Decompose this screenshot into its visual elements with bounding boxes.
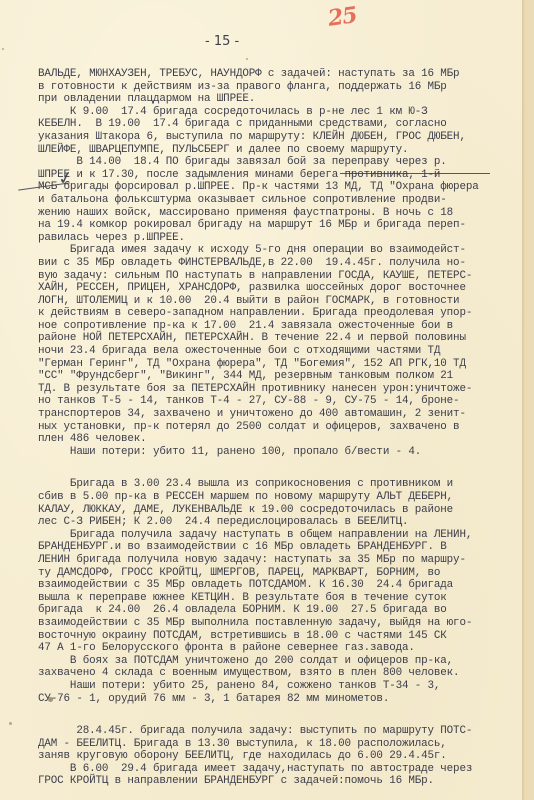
paragraph: Бригада имея задачу к исходу 5-го дня оп… [38, 244, 516, 446]
text-line: вии с 35 МБр овладеть ФИНСТЕРВАЛЬДЕ,в 22… [38, 257, 516, 270]
text-line: "Герман Геринг", ТД "Охрана фюрера", ТД … [38, 358, 516, 371]
text-line: ШЛЕЙФЕ, ШВАРЦЕПУМПЕ, ПУЛЬСБЕРГ и далее п… [38, 144, 516, 157]
paragraph: В 6.00 29.4 бригада имеет задачу,наступа… [38, 763, 516, 788]
text-line: в готовности к действиям из-за правого ф… [38, 81, 516, 94]
text-line: ТД. В результате боя за ПЕТЕРСХАЙН проти… [38, 383, 516, 396]
text-line: Бригада получила задачу наступать в обще… [38, 529, 516, 542]
text-line: ночи 23.4 бригада вела ожесточенные бои … [38, 345, 516, 358]
text-line: восточную окраину ПОТСДАМ, встретившись … [38, 630, 516, 643]
text-line: районе НОЙ ПЕТЕРСХАЙН, ПЕТЕРСХАЙН. В теч… [38, 332, 516, 345]
text-line: В 14.00 18.4 ПО бригады завязал бой за п… [38, 156, 516, 169]
text-line: 28.4.45г. бригада получила задачу: высту… [38, 725, 516, 738]
text-line: ГРОС КРОЙТЦ в направлении БРАНДЕНБУРГ с … [38, 775, 516, 788]
text-line: взаимодействии с 35 МБр выполнила постав… [38, 617, 516, 630]
paragraph-gap [38, 458, 516, 478]
text-line: Наши потери: убито 11, ранено 100, пропа… [38, 446, 516, 459]
text-line: равилась через р.ШПРЕЕ. [38, 232, 516, 245]
text-line: ЛОГН, ШТОЛЕМИЦ и к 10.00 20.4 выйти в ра… [38, 295, 516, 308]
text-line: ное сопротивление пр-ка к 17.00 21.4 зав… [38, 320, 516, 333]
text-line: ЛЕНИН бригада получила новую задачу: нас… [38, 554, 516, 567]
text-line: МСБ бригады форсировал р.ШПРЕЕ. Пр-к час… [38, 181, 516, 194]
text-line: к действиям в северо-западном направлени… [38, 307, 516, 320]
page-number: - 15 - [205, 34, 239, 49]
text-line: ДАМ - БЕЕЛИТЦ. Бригада в 13.30 выступила… [38, 738, 516, 751]
text-line: жению наших войск, массировано применяя … [38, 207, 516, 220]
text-line: взаимодействии с 35 МБр овладеть ПОТСДАМ… [38, 579, 516, 592]
text-line: ных установки, пр-к потерял до 2500 солд… [38, 421, 516, 434]
page-edge [522, 0, 534, 800]
text-line: при овладении плацдармом на ШПРЕЕ. [38, 93, 516, 106]
text-line: вую задачу: сильным ПО наступать в напра… [38, 270, 516, 283]
text-line: "СС" "Фрундсберг", "Викинг", 344 МД, рез… [38, 370, 516, 383]
text-line: транспортеров 34, захвачено и уничтожено… [38, 408, 516, 421]
paragraph: В боях за ПОТСДАМ уничтожено до 200 солд… [38, 655, 516, 680]
paper-speck [9, 722, 12, 725]
paragraph: Наши потери: убито 25, ранено 84, сожжен… [38, 680, 516, 705]
text-line: ВАЛЬДЕ, МЮНХАУЗЕН, ТРЕБУС, НАУНДОРФ с за… [38, 68, 516, 81]
paper-speck [2, 48, 4, 50]
paragraph: ВАЛЬДЕ, МЮНХАУЗЕН, ТРЕБУС, НАУНДОРФ с за… [38, 68, 516, 106]
text-line: вышла к переправе южнее КЕТЦИН. В резуль… [38, 592, 516, 605]
text-line: на 19.4 комкор рокировал бригаду на марш… [38, 219, 516, 232]
paragraph-gap [38, 705, 516, 725]
text-line: заняв круговую оборону БЕЕЛИТЦ, где нахо… [38, 750, 516, 763]
text-line: КАЛАУ, ЛЮККАУ, ДАМЕ, ЛУКЕНВАЛЬДЕ к 19.00… [38, 504, 516, 517]
text-line: сбив в 5.00 пр-ка в РЕССЕН маршем по нов… [38, 491, 516, 504]
text-line: захвачено 4 склада с военным имуществом,… [38, 667, 516, 680]
text-line: но танков Т-5 - 14, танков Т-4 - 27, СУ-… [38, 395, 516, 408]
document-page: 25 - 15 - ✓ ВАЛЬДЕ, МЮНХАУЗЕН, ТРЕБУС, Н… [0, 0, 522, 800]
text-line: БРАНДЕНБУРГ.и во взаимодействии с 16 МБр… [38, 541, 516, 554]
paragraph: К 9.00 17.4 бригада сосредоточилась в р-… [38, 106, 516, 156]
text-line: К 9.00 17.4 бригада сосредоточилась в р-… [38, 106, 516, 119]
text-line: Бригада имея задачу к исходу 5-го дня оп… [38, 244, 516, 257]
text-line: плен 486 человек. [38, 433, 516, 446]
text-line: КЕБЕЛН. В 19.00 17.4 бригада с приданным… [38, 118, 516, 131]
text-line: 47 А 1-го Белорусского фронта в районе с… [38, 642, 516, 655]
paragraph: Наши потери: убито 11, ранено 100, пропа… [38, 446, 516, 459]
typewritten-body: ВАЛЬДЕ, МЮНХАУЗЕН, ТРЕБУС, НАУНДОРФ с за… [38, 68, 516, 788]
text-line: указания Штакора 6, выступила по маршрут… [38, 131, 516, 144]
text-line: бригада к 24.00 26.4 овладела БОРНИМ. К … [38, 604, 516, 617]
paragraph: В 14.00 18.4 ПО бригады завязал бой за п… [38, 156, 516, 244]
text-line: ХАЙН, РЕССЕН, ПРИЦЕН, ХРАНСДОРФ, развилк… [38, 282, 516, 295]
text-line: Бригада в 3.00 23.4 вышла из соприкоснов… [38, 478, 516, 491]
paragraph: Бригада в 3.00 23.4 вышла из соприкоснов… [38, 478, 516, 528]
handwritten-folio-number: 25 [326, 2, 358, 32]
text-line: и батальона фольксштурма оказывает сильн… [38, 194, 516, 207]
paragraph: 28.4.45г. бригада получила задачу: высту… [38, 725, 516, 763]
text-line: Наши потери: убито 25, ранено 84, сожжен… [38, 680, 516, 693]
text-line: В боях за ПОТСДАМ уничтожено до 200 солд… [38, 655, 516, 668]
text-line: ту ДАМСДОРФ, ГРОСС КРОЙТЦ, ШМЕРГОВ, ПАРЕ… [38, 567, 516, 580]
paper-speck [246, 58, 248, 60]
text-line: В 6.00 29.4 бригада имеет задачу,наступа… [38, 763, 516, 776]
text-line: СУ-76 - 1, орудий 76 мм - 3, 1 батарея 8… [38, 693, 516, 706]
paragraph: Бригада получила задачу наступать в обще… [38, 529, 516, 655]
text-line: лес С-З РИБЕН; К 2.00 24.4 передислоциро… [38, 516, 516, 529]
text-line: ШПРЕЕ и к 17.30, после задымления минами… [38, 169, 516, 182]
